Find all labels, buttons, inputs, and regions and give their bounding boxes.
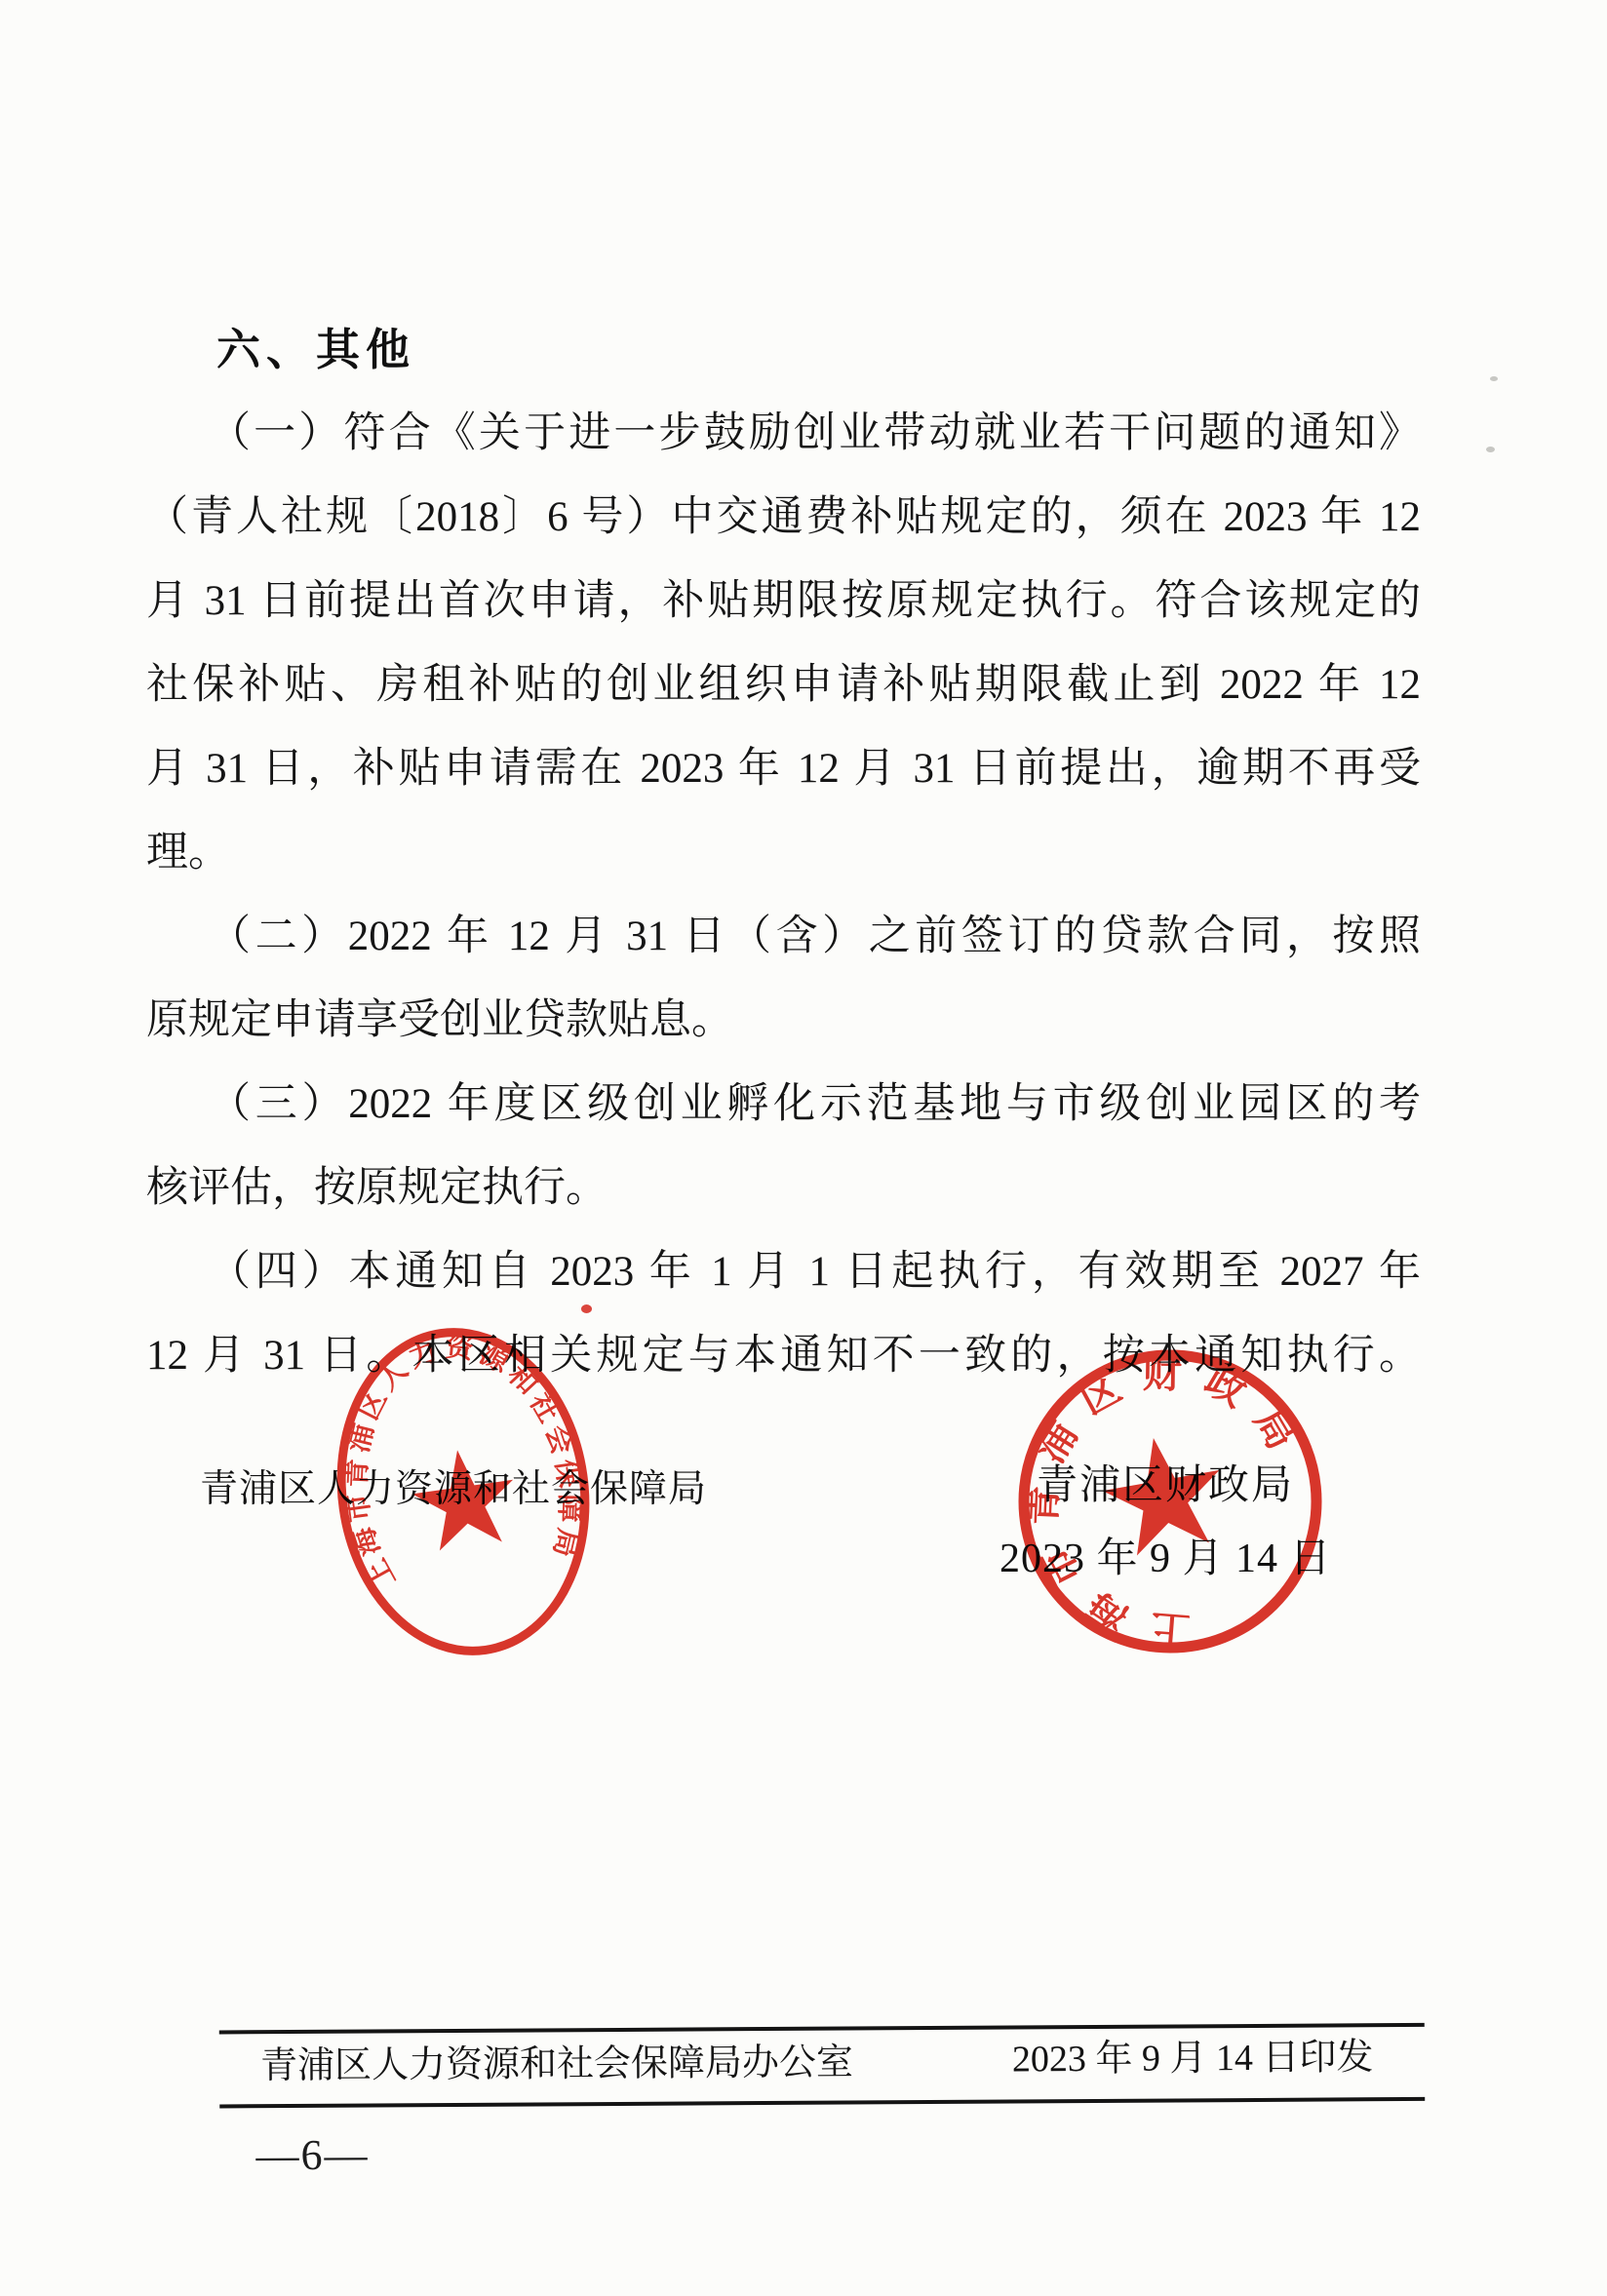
page-number: —6— — [255, 2127, 369, 2185]
footer-rule-bottom — [219, 2097, 1425, 2109]
scanned-notice-page: 六、其他 （一）符合《关于进一步鼓励创业带动就业若干问题的通知》 （青人社规〔2… — [0, 0, 1607, 2296]
scan-speck — [1490, 376, 1498, 381]
footer: 青浦区人力资源和社会保障局办公室 2023 年 9 月 14 日印发 —6— — [0, 0, 1607, 2296]
footer-issuing-office: 青浦区人力资源和社会保障局办公室 — [260, 2034, 853, 2094]
signature-hr-bureau: 青浦区人力资源和社会保障局 — [200, 1464, 707, 1515]
scan-speck — [1486, 447, 1495, 452]
footer-print-date: 2023 年 9 月 14 日印发 — [1012, 2029, 1374, 2087]
signature-date: 2023 年 9 月 14 日 — [999, 1534, 1332, 1584]
signature-finance-bureau: 青浦区财政局 — [1037, 1460, 1294, 1511]
